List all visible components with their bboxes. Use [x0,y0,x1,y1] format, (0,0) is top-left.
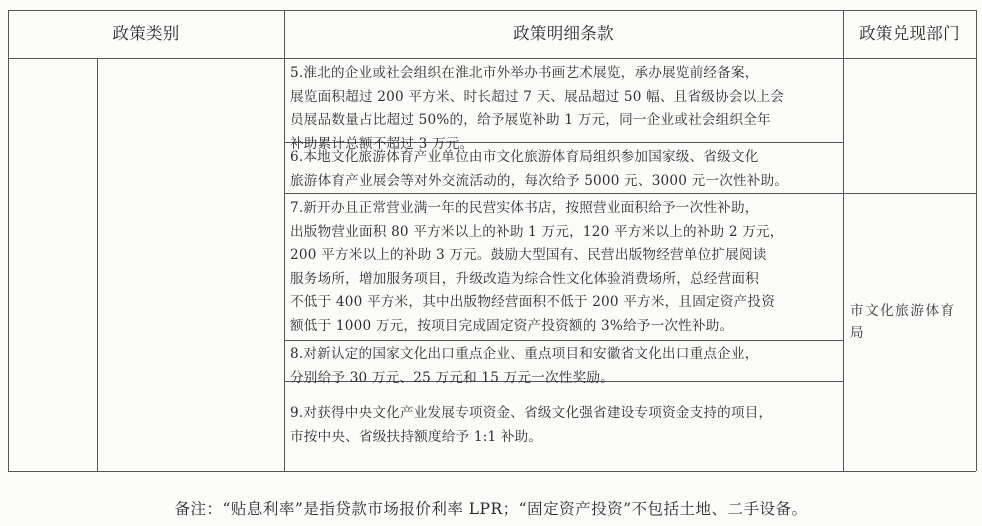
department-cell-culture-tourism-sports-bureau: 市文化旅游体育局 [850,300,968,344]
clause-5: 5.淮北的企业或社会组织在淮北市外举办书画艺术展览，承办展览前经备案， 展览面积… [290,62,842,156]
document-page: 政策类别 政策明细条款 政策兑现部门 5.淮北的企业或社会组织在淮北市外举办书画… [0,0,982,526]
row-divider-7-8 [284,340,843,341]
row-divider-6-7 [284,193,976,194]
table-bottom-border [8,471,976,472]
category-details-divider [284,10,285,471]
clause-6: 6.本地文化旅游体育产业单位由市文化旅游体育局组织参加国家级、省级文化 旅游体育… [290,146,842,193]
category-main-cell [8,58,97,471]
footnote: 备注：“贴息利率”是指贷款市场报价利率 LPR；“固定资产投资”不包括土地、二手… [0,497,982,519]
header-policy-department: 政策兑现部门 [843,10,976,58]
clause-7: 7.新开办且正常营业满一年的民营实体书店，按照营业面积给予一次性补助， 出版物营… [290,197,842,338]
department-cell-empty [843,58,976,193]
header-policy-category: 政策类别 [8,10,284,58]
category-sub-cell [97,58,284,471]
clause-9: 9.对获得中央文化产业发展专项资金、省级文化强省建设专项资金支持的项目， 市按中… [290,402,842,449]
header-policy-details: 政策明细条款 [284,10,843,58]
clause-8: 8.对新认定的国家文化出口重点企业、重点项目和安徽省文化出口重点企业， 分别给予… [290,343,842,390]
table-right-border [976,10,977,471]
